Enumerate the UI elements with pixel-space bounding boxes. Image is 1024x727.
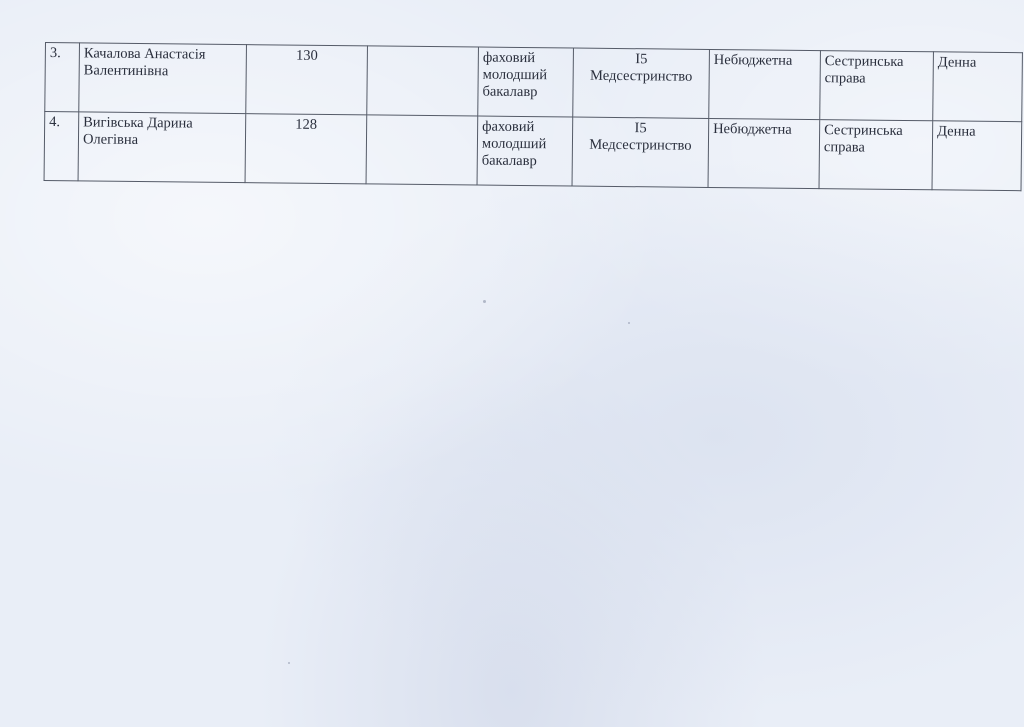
scan-speck xyxy=(628,322,630,324)
educational-program: Сестринська справа xyxy=(819,120,933,190)
study-form: Денна xyxy=(933,52,1023,122)
funding-type: Небюджетна xyxy=(708,118,820,188)
applicant-score: 130 xyxy=(246,45,368,115)
applicant-name: Качалова Анастасія Валентинівна xyxy=(79,43,247,114)
empty-cell xyxy=(367,46,479,116)
scanned-page: 3. Качалова Анастасія Валентинівна 130 ф… xyxy=(0,0,1024,727)
specialty: I5 Медсестринство xyxy=(572,117,709,187)
applicants-table: 3. Качалова Анастасія Валентинівна 130 ф… xyxy=(44,42,1023,191)
row-number: 4. xyxy=(44,112,79,181)
table-row: 4. Вигівська Дарина Олегівна 128 фаховий… xyxy=(44,112,1022,191)
table-row: 3. Качалова Анастасія Валентинівна 130 ф… xyxy=(45,43,1023,122)
applicant-name: Вигівська Дарина Олегівна xyxy=(78,112,246,183)
specialty: I5 Медсестринство xyxy=(573,48,710,118)
educational-program: Сестринська справа xyxy=(820,51,934,121)
specialty-code: I5 xyxy=(577,120,704,138)
specialty-name: Медсестринство xyxy=(578,68,705,86)
applicant-score: 128 xyxy=(245,114,367,184)
specialty-code: I5 xyxy=(578,51,705,69)
degree-level: фаховий молодший бакалавр xyxy=(478,47,574,117)
study-form: Денна xyxy=(932,121,1022,191)
degree-level: фаховий молодший бакалавр xyxy=(477,116,573,186)
row-number: 3. xyxy=(45,43,80,112)
specialty-name: Медсестринство xyxy=(577,137,704,155)
scan-speck xyxy=(288,662,290,664)
empty-cell xyxy=(366,115,478,185)
funding-type: Небюджетна xyxy=(709,49,821,119)
scan-speck xyxy=(483,300,486,303)
